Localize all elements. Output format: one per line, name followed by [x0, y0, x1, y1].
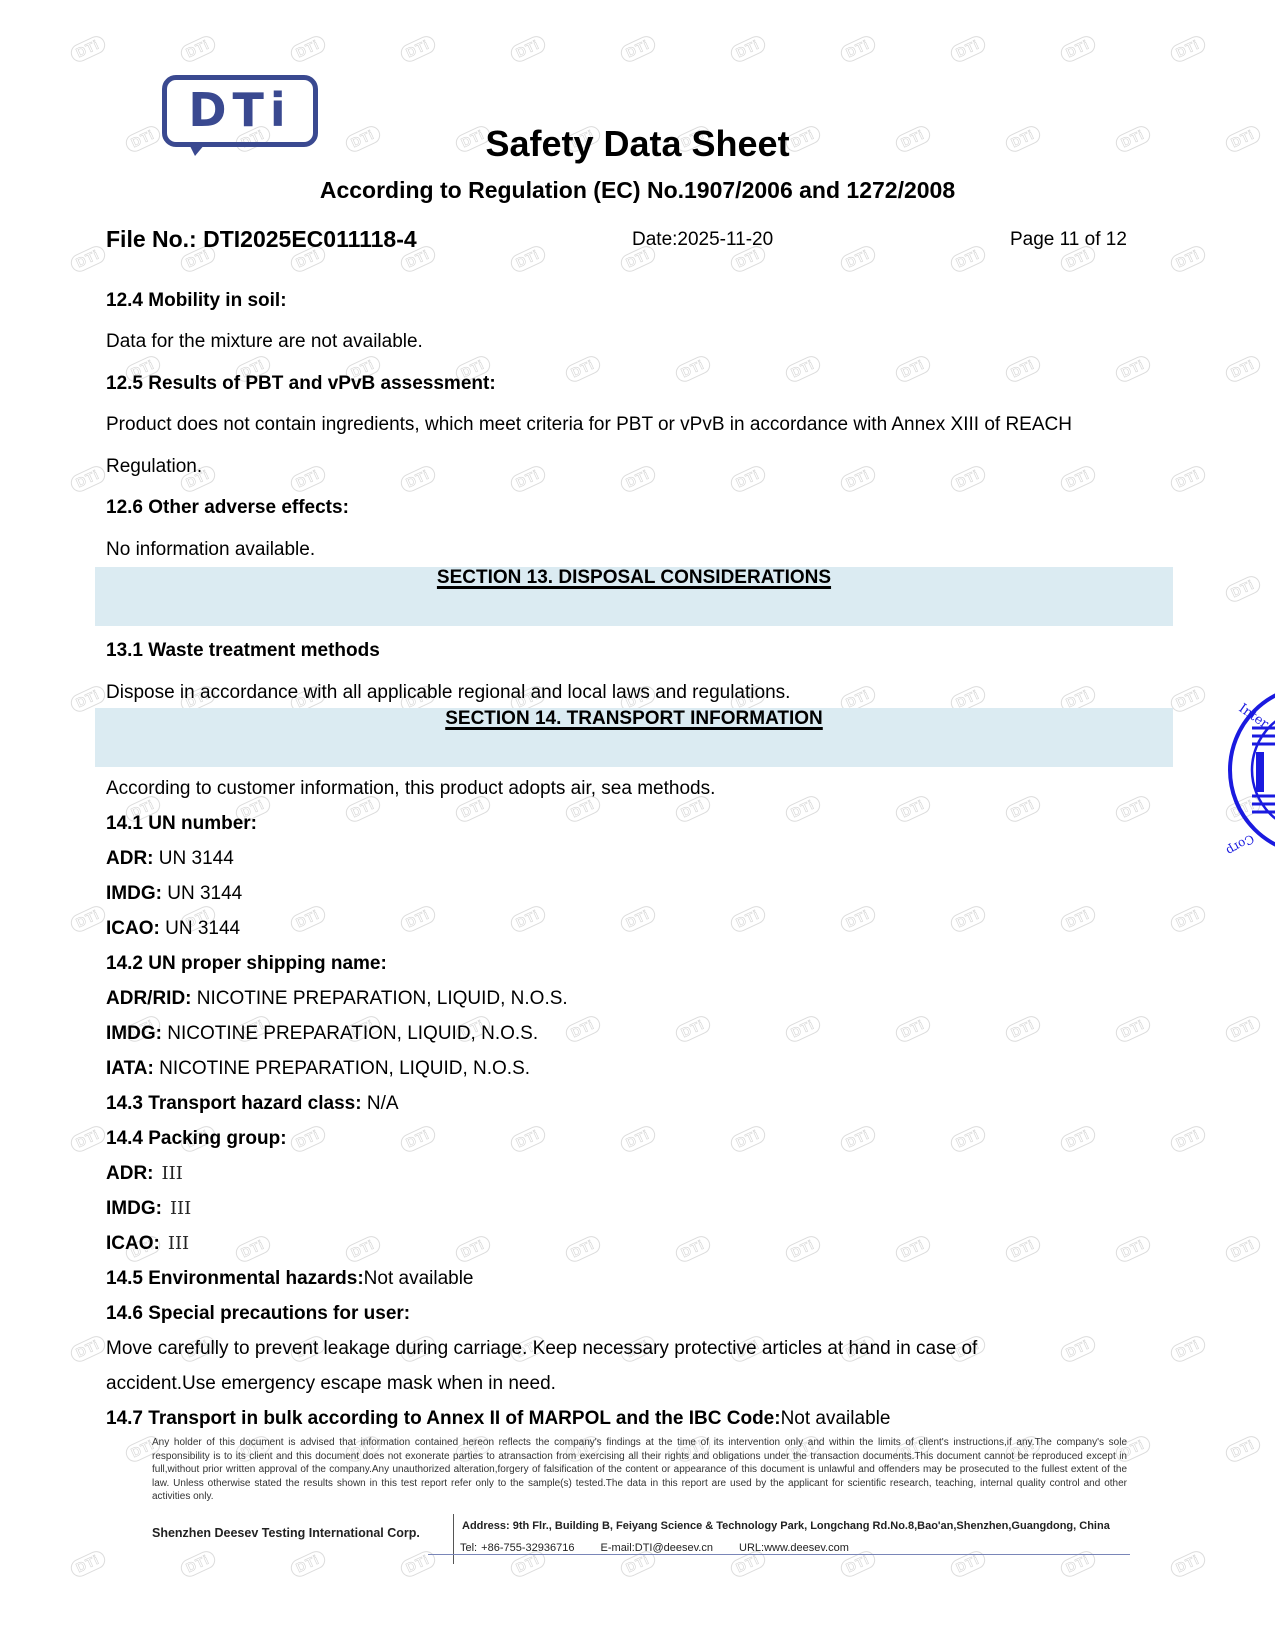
- text-13-1: Dispose in accordance with all applicabl…: [106, 682, 790, 704]
- heading-14-6: 14.6 Special precautions for user:: [106, 1303, 410, 1325]
- watermark-mark: DTi: [1003, 353, 1043, 384]
- company-seal-stamp: Inter Corp: [1226, 680, 1275, 870]
- watermark-mark: DTi: [1058, 1548, 1098, 1579]
- watermark-mark: DTi: [673, 353, 713, 384]
- watermark-mark: DTi: [1223, 1013, 1263, 1044]
- packing-group-imdg: IMDG:III: [106, 1198, 191, 1220]
- watermark-mark: DTi: [893, 793, 933, 824]
- watermark-mark: DTi: [1168, 33, 1208, 64]
- watermark-mark: DTi: [1003, 1013, 1043, 1044]
- watermark-mark: DTi: [398, 903, 438, 934]
- watermark-mark: DTi: [288, 463, 328, 494]
- heading-14-2: 14.2 UN proper shipping name:: [106, 953, 387, 975]
- footer-divider-horizontal: [428, 1554, 1130, 1555]
- watermark-mark: DTi: [508, 243, 548, 274]
- watermark-mark: DTi: [948, 1123, 988, 1154]
- heading-12-5: 12.5 Results of PBT and vPvB assessment:: [106, 373, 496, 395]
- watermark-mark: DTi: [563, 1013, 603, 1044]
- shipping-name-iata: IATA: NICOTINE PREPARATION, LIQUID, N.O.…: [106, 1058, 530, 1080]
- watermark-mark: DTi: [838, 243, 878, 274]
- watermark-mark: DTi: [68, 1548, 108, 1579]
- watermark-mark: DTi: [948, 1548, 988, 1579]
- footer-company: Shenzhen Deesev Testing International Co…: [152, 1526, 420, 1540]
- text-12-5-line2: Regulation.: [106, 456, 202, 478]
- footer-contact: Tel: +86-755-32936716 E-mail:DTI@deesev.…: [460, 1542, 871, 1554]
- document-title: Safety Data Sheet: [0, 123, 1275, 165]
- watermark-mark: DTi: [68, 1123, 108, 1154]
- watermark-mark: DTi: [563, 1233, 603, 1264]
- heading-13-1: 13.1 Waste treatment methods: [106, 640, 380, 662]
- heading-14-4: 14.4 Packing group:: [106, 1128, 287, 1150]
- watermark-mark: DTi: [783, 793, 823, 824]
- un-number-icao: ICAO: UN 3144: [106, 918, 240, 940]
- watermark-mark: DTi: [233, 1233, 273, 1264]
- watermark-mark: DTi: [1168, 683, 1208, 714]
- watermark-mark: DTi: [728, 463, 768, 494]
- section-13-band: SECTION 13. DISPOSAL CONSIDERATIONS: [95, 567, 1173, 626]
- watermark-mark: DTi: [1168, 903, 1208, 934]
- watermark-mark: DTi: [1003, 1233, 1043, 1264]
- watermark-mark: DTi: [673, 1013, 713, 1044]
- watermark-mark: DTi: [68, 1333, 108, 1364]
- watermark-mark: DTi: [453, 1233, 493, 1264]
- watermark-mark: DTi: [288, 1123, 328, 1154]
- watermark-mark: DTi: [728, 33, 768, 64]
- watermark-mark: DTi: [838, 1123, 878, 1154]
- watermark-mark: DTi: [1223, 1433, 1263, 1464]
- watermark-mark: DTi: [343, 1233, 383, 1264]
- watermark-mark: DTi: [288, 33, 328, 64]
- watermark-mark: DTi: [1058, 1123, 1098, 1154]
- section-14-title: SECTION 14. TRANSPORT INFORMATION: [95, 708, 1173, 730]
- watermark-mark: DTi: [563, 353, 603, 384]
- watermark-mark: DTi: [1113, 1233, 1153, 1264]
- watermark-mark: DTi: [288, 903, 328, 934]
- footer-url: URL:www.deesev.com: [739, 1542, 849, 1554]
- footer-divider-vertical: [453, 1514, 454, 1564]
- watermark-mark: DTi: [178, 1548, 218, 1579]
- text-14-6-line1: Move carefully to prevent leakage during…: [106, 1338, 977, 1360]
- watermark-mark: DTi: [508, 33, 548, 64]
- watermark-mark: DTi: [948, 463, 988, 494]
- watermark-mark: DTi: [398, 1123, 438, 1154]
- watermark-mark: DTi: [1168, 1548, 1208, 1579]
- text-14-6-line2: accident.Use emergency escape mask when …: [106, 1373, 556, 1395]
- watermark-mark: DTi: [618, 903, 658, 934]
- watermark-mark: DTi: [948, 243, 988, 274]
- document-subtitle: According to Regulation (EC) No.1907/200…: [0, 177, 1275, 204]
- watermark-mark: DTi: [893, 1013, 933, 1044]
- heading-12-4: 12.4 Mobility in soil:: [106, 290, 287, 312]
- heading-12-6: 12.6 Other adverse effects:: [106, 497, 349, 519]
- shipping-name-adr-rid: ADR/RID: NICOTINE PREPARATION, LIQUID, N…: [106, 988, 568, 1010]
- watermark-mark: DTi: [783, 353, 823, 384]
- watermark-mark: DTi: [673, 1233, 713, 1264]
- watermark-mark: DTi: [838, 33, 878, 64]
- page-number: Page 11 of 12: [1010, 229, 1127, 251]
- watermark-mark: DTi: [1058, 1333, 1098, 1364]
- transport-in-bulk: 14.7 Transport in bulk according to Anne…: [106, 1408, 890, 1430]
- watermark-mark: DTi: [398, 1548, 438, 1579]
- watermark-mark: DTi: [508, 1123, 548, 1154]
- watermark-mark: DTi: [618, 33, 658, 64]
- watermark-mark: DTi: [893, 1233, 933, 1264]
- watermark-mark: DTi: [1223, 1233, 1263, 1264]
- watermark-mark: DTi: [508, 463, 548, 494]
- un-number-imdg: IMDG: UN 3144: [106, 883, 242, 905]
- text-12-5-line1: Product does not contain ingredients, wh…: [106, 414, 1072, 436]
- watermark-mark: DTi: [1113, 353, 1153, 384]
- footer-address: Address: 9th Flr., Building B, Feiyang S…: [462, 1520, 1110, 1532]
- watermark-mark: DTi: [1113, 1013, 1153, 1044]
- footer-email: E-mail:DTI@deesev.cn: [601, 1542, 713, 1554]
- watermark-mark: DTi: [783, 1233, 823, 1264]
- watermark-mark: DTi: [618, 1123, 658, 1154]
- footer-tel: Tel: +86-755-32936716: [460, 1542, 574, 1554]
- watermark-mark: DTi: [1058, 463, 1098, 494]
- watermark-mark: DTi: [1223, 573, 1263, 604]
- shipping-name-imdg: IMDG: NICOTINE PREPARATION, LIQUID, N.O.…: [106, 1023, 538, 1045]
- text-14-intro: According to customer information, this …: [106, 778, 715, 800]
- text-12-4: Data for the mixture are not available.: [106, 331, 423, 353]
- watermark-mark: DTi: [1168, 463, 1208, 494]
- document-date: Date:2025-11-20: [632, 229, 773, 251]
- watermark-mark: DTi: [68, 903, 108, 934]
- watermark-mark: DTi: [1168, 243, 1208, 274]
- watermark-mark: DTi: [68, 243, 108, 274]
- watermark-mark: DTi: [948, 33, 988, 64]
- watermark-mark: DTi: [1223, 353, 1263, 384]
- watermark-mark: DTi: [1058, 903, 1098, 934]
- section-14-band: SECTION 14. TRANSPORT INFORMATION: [95, 708, 1173, 767]
- watermark-mark: DTi: [68, 33, 108, 64]
- watermark-mark: DTi: [68, 463, 108, 494]
- watermark-mark: DTi: [838, 463, 878, 494]
- watermark-mark: DTi: [948, 903, 988, 934]
- watermark-mark: DTi: [893, 353, 933, 384]
- watermark-mark: DTi: [398, 463, 438, 494]
- environmental-hazards: 14.5 Environmental hazards:Not available: [106, 1268, 474, 1290]
- watermark-mark: DTi: [178, 33, 218, 64]
- watermark-mark: DTi: [728, 1123, 768, 1154]
- watermark-mark: DTi: [398, 33, 438, 64]
- watermark-mark: DTi: [288, 1548, 328, 1579]
- packing-group-adr: ADR:III: [106, 1163, 183, 1185]
- watermark-mark: DTi: [1168, 1333, 1208, 1364]
- heading-14-1: 14.1 UN number:: [106, 813, 257, 835]
- stamp-text-bottom: Corp: [1226, 831, 1257, 858]
- watermark-mark: DTi: [783, 1013, 823, 1044]
- watermark-mark: DTi: [838, 903, 878, 934]
- watermark-mark: DTi: [1003, 793, 1043, 824]
- un-number-adr: ADR: UN 3144: [106, 848, 234, 870]
- watermark-mark: DTi: [1058, 33, 1098, 64]
- packing-group-icao: ICAO:III: [106, 1233, 189, 1255]
- watermark-mark: DTi: [618, 463, 658, 494]
- text-12-6: No information available.: [106, 539, 315, 561]
- watermark-mark: DTi: [1168, 1123, 1208, 1154]
- footer-disclaimer: Any holder of this document is advised t…: [152, 1436, 1127, 1504]
- watermark-mark: DTi: [508, 903, 548, 934]
- file-number: File No.: DTI2025EC011118-4: [106, 226, 417, 253]
- watermark-mark: DTi: [1113, 793, 1153, 824]
- section-13-title: SECTION 13. DISPOSAL CONSIDERATIONS: [95, 567, 1173, 589]
- watermark-mark: DTi: [728, 903, 768, 934]
- transport-hazard-class: 14.3 Transport hazard class: N/A: [106, 1093, 399, 1115]
